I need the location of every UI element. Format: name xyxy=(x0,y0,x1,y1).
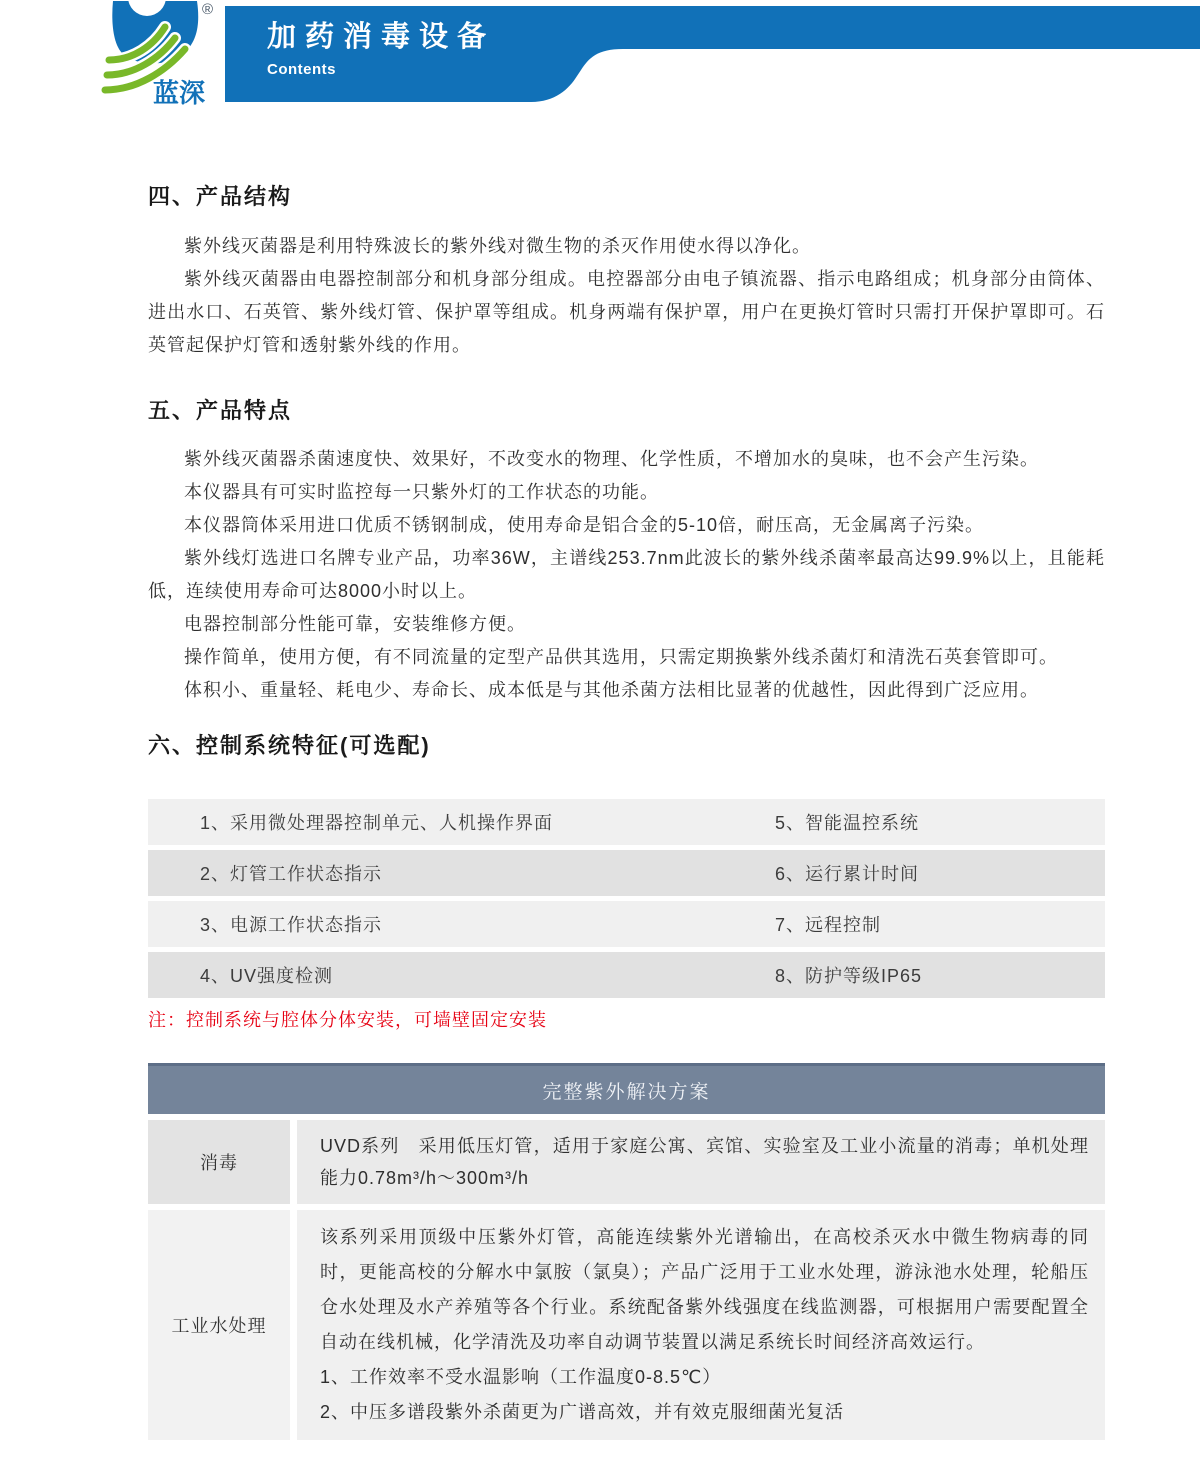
feature-cell: 4、UV强度检测 xyxy=(148,962,775,988)
feature-row: 1、采用微处理器控制单元、人机操作界面 5、智能温控系统 xyxy=(148,799,1105,845)
paragraph: 紫外线灭菌器是利用特殊波长的紫外线对微生物的杀灭作用使水得以净化。 xyxy=(148,230,1105,263)
section4-heading: 四、产品结构 xyxy=(148,182,1105,212)
feature-cell: 8、防护等级IP65 xyxy=(775,962,1105,988)
logo-graphic: 蓝深 ® xyxy=(101,0,221,110)
section5-body: 紫外线灭菌器杀菌速度快、效果好，不改变水的物理、化学性质，不增加水的臭味，也不会… xyxy=(148,443,1105,707)
feature-cell: 1、采用微处理器控制单元、人机操作界面 xyxy=(148,809,775,835)
row-sub-item: 1、工作效率不受水温影响（工作温度0-8.5℃） xyxy=(320,1360,1089,1395)
feature-row: 4、UV强度检测 8、防护等级IP65 xyxy=(148,952,1105,998)
paragraph: 操作简单，使用方便，有不同流量的定型产品供其选用，只需定期换紫外线杀菌灯和清洗石… xyxy=(148,641,1105,674)
paragraph: 体积小、重量轻、耗电少、寿命长、成本低是与其他杀菌方法相比显著的优越性，因此得到… xyxy=(148,674,1105,707)
banner-text-block: 加药消毒设备 Contents xyxy=(267,20,495,82)
section6-heading: 六、控制系统特征(可选配) xyxy=(148,731,1105,761)
feature-cell: 3、电源工作状态指示 xyxy=(148,911,775,937)
page-title: 加药消毒设备 xyxy=(267,20,495,54)
paragraph: 紫外线灭菌器杀菌速度快、效果好，不改变水的物理、化学性质，不增加水的臭味，也不会… xyxy=(148,443,1105,476)
feature-row: 2、灯管工作状态指示 6、运行累计时间 xyxy=(148,850,1105,896)
paragraph: 电器控制部分性能可靠，安装维修方便。 xyxy=(148,608,1105,641)
solution-table: 完整紫外解决方案 消毒 UVD系列 采用低压灯管，适用于家庭公寓、宾馆、实验室及… xyxy=(148,1063,1105,1446)
installation-note: 注：控制系统与腔体分体安装，可墙壁固定安装 xyxy=(148,1007,1105,1033)
feature-cell: 7、远程控制 xyxy=(775,911,1105,937)
row-description: UVD系列 采用低压灯管，适用于家庭公寓、宾馆、实验室及工业小流量的消毒；单机处… xyxy=(320,1130,1089,1194)
row-label: 消毒 xyxy=(148,1120,290,1204)
solution-table-title: 完整紫外解决方案 xyxy=(148,1063,1105,1114)
feature-table: 1、采用微处理器控制单元、人机操作界面 5、智能温控系统 2、灯管工作状态指示 … xyxy=(148,799,1105,1003)
registered-mark-icon: ® xyxy=(202,1,213,18)
logo-text: 蓝深 xyxy=(153,78,205,108)
feature-cell: 5、智能温控系统 xyxy=(775,809,1105,835)
section4-body: 紫外线灭菌器是利用特殊波长的紫外线对微生物的杀灭作用使水得以净化。 紫外线灭菌器… xyxy=(148,230,1105,362)
feature-row: 3、电源工作状态指示 7、远程控制 xyxy=(148,901,1105,947)
row-label: 工业水处理 xyxy=(148,1210,290,1440)
feature-cell: 6、运行累计时间 xyxy=(775,860,1105,886)
solution-row-disinfection: 消毒 UVD系列 采用低压灯管，适用于家庭公寓、宾馆、实验室及工业小流量的消毒；… xyxy=(148,1120,1105,1204)
solution-row-industrial: 工业水处理 该系列采用顶级中压紫外灯管，高能连续紫外光谱输出，在高校杀灭水中微生… xyxy=(148,1210,1105,1440)
row-description: 该系列采用顶级中压紫外灯管，高能连续紫外光谱输出，在高校杀灭水中微生物病毒的同时… xyxy=(320,1220,1089,1360)
page-subtitle: Contents xyxy=(267,58,495,82)
row-sub-item: 2、中压多谱段紫外杀菌更为广谱高效，并有效克服细菌光复活 xyxy=(320,1395,1089,1430)
feature-cell: 2、灯管工作状态指示 xyxy=(148,860,775,886)
paragraph: 本仪器具有可实时监控每一只紫外灯的工作状态的功能。 xyxy=(148,476,1105,509)
company-logo: 蓝深 ® xyxy=(101,0,221,110)
page-banner: 加药消毒设备 Contents xyxy=(225,6,1200,102)
paragraph: 紫外线灭菌器由电器控制部分和机身部分组成。电控器部分由电子镇流器、指示电路组成；… xyxy=(148,263,1105,362)
paragraph: 本仪器筒体采用进口优质不锈钢制成，使用寿命是铝合金的5-10倍，耐压高，无金属离… xyxy=(148,509,1105,542)
paragraph: 紫外线灯选进口名牌专业产品，功率36W，主谱线253.7nm此波长的紫外线杀菌率… xyxy=(148,542,1105,608)
section5-heading: 五、产品特点 xyxy=(148,396,1105,426)
